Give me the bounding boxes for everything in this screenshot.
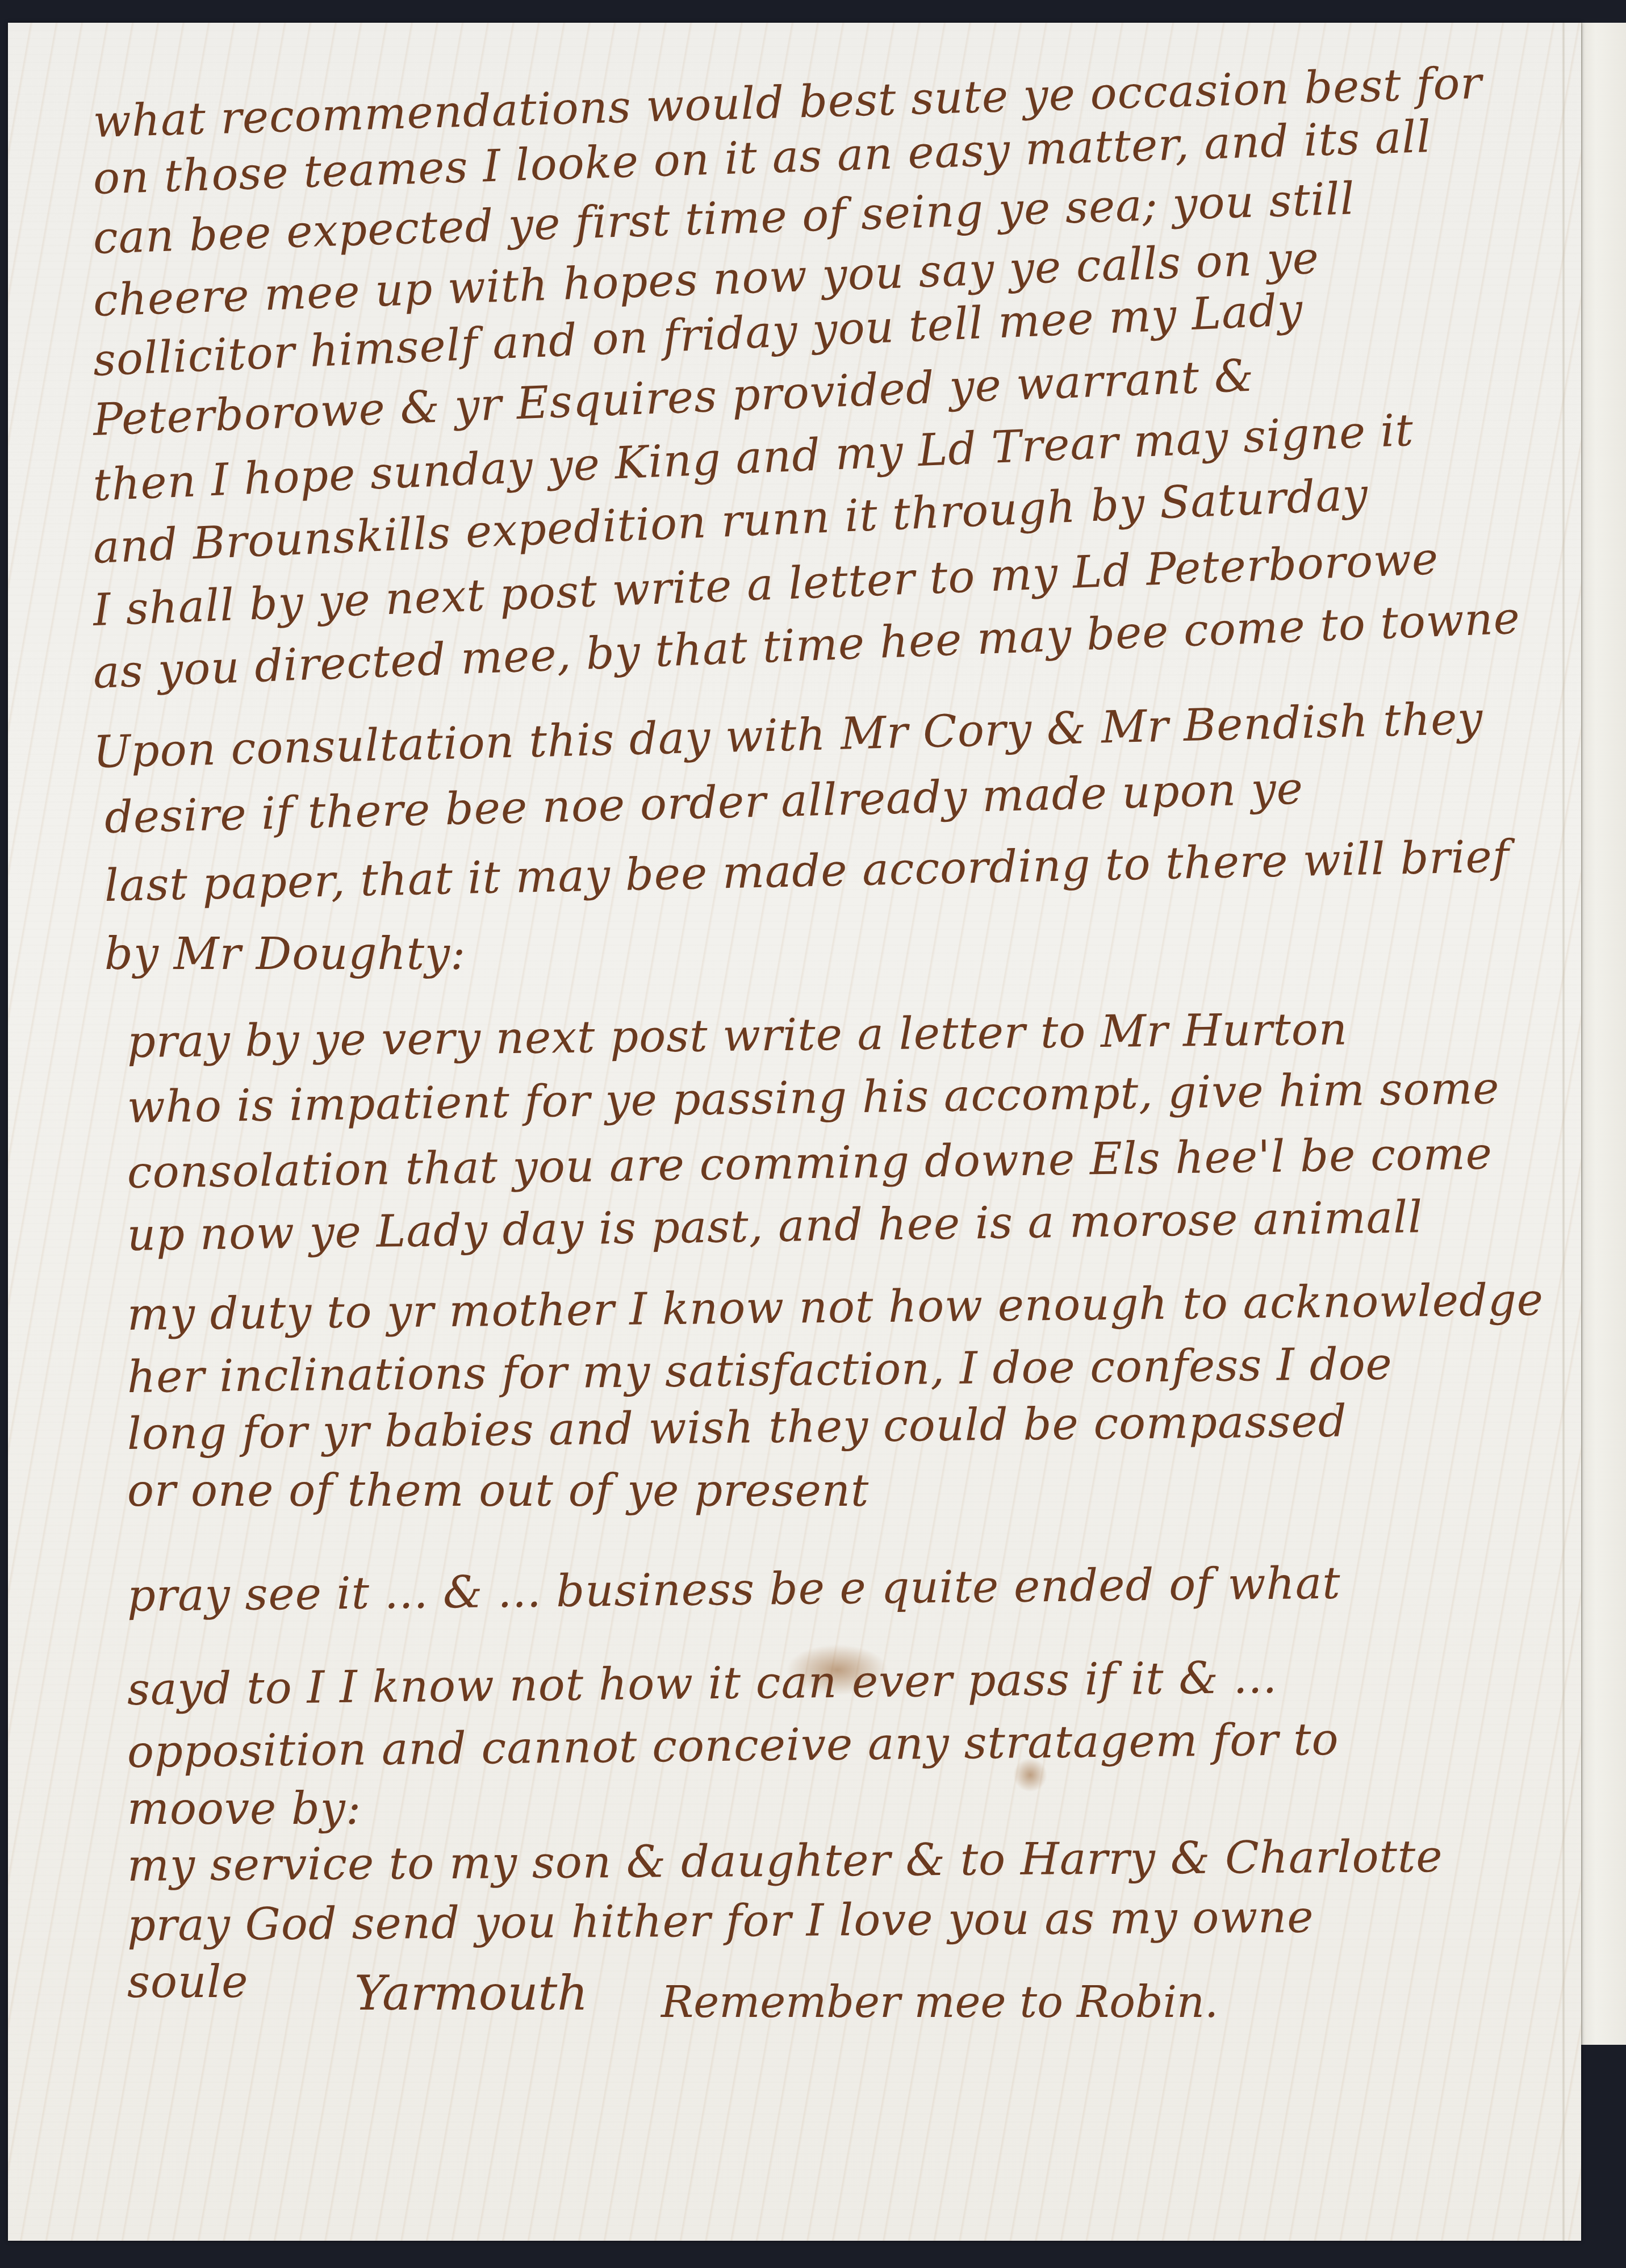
letter-line: desire if there bee noe order allready m… [104,763,1304,843]
letter-line: last paper, that it may bee made accordi… [104,831,1510,912]
letter-line: opposition and cannot conceive any strat… [127,1714,1339,1778]
letter-line: pray see it ... & ... business be e quit… [127,1558,1341,1622]
letter-line: by Mr Doughty: [105,929,466,980]
letter-line: pray by ye very next post write a letter… [127,1004,1348,1068]
letter-line: soule [127,1957,248,2008]
letter-line: my duty to yr mother I know not how enou… [127,1275,1544,1340]
letter-line: her inclinations for my satisfaction, I … [127,1339,1393,1403]
letter-line: up now ye Lady day is past, and hee is a… [127,1192,1423,1261]
manuscript-page: what recommendations would best sute ye … [8,23,1581,2241]
adjacent-page-edge [1581,23,1626,2045]
page-fold-shadow [1562,23,1565,2241]
letter-line: moove by: [127,1784,361,1835]
letter-line: who is impatient for ye passing his acco… [127,1063,1500,1133]
letter-line: pray God send you hither for I love you … [127,1891,1314,1951]
letter-line: my service to my son & daughter & to Har… [127,1831,1443,1891]
signature: Yarmouth [354,1965,588,2021]
letter-line: long for yr babies and wish they could b… [127,1396,1347,1460]
postscript: Remember mee to Robin. [661,1977,1218,2027]
letter-line: consolation that you are comming downe E… [127,1128,1493,1198]
letter-line: or one of them out of ye present [127,1465,869,1517]
scan-background: what recommendations would best sute ye … [0,0,1626,2268]
letter-line: sayd to I I know not how it can ever pas… [127,1652,1278,1715]
